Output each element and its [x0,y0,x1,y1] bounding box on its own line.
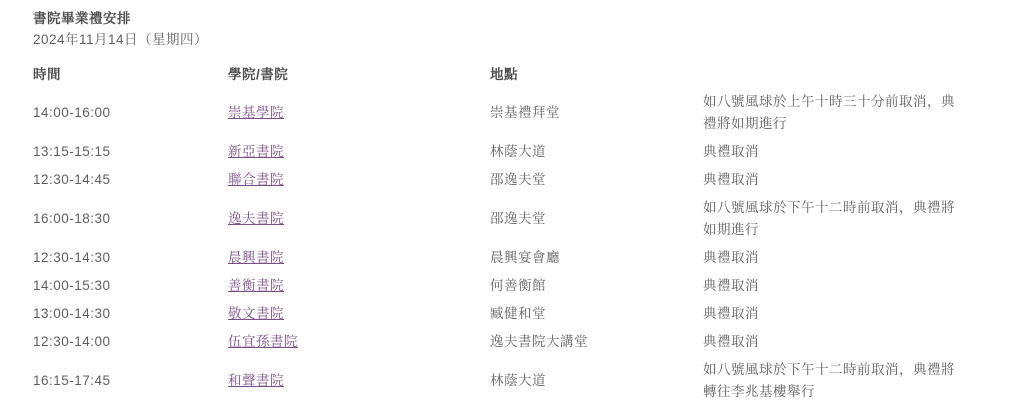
table-row: 13:00-14:30敬文書院臧健和堂典禮取消 [33,300,961,328]
college-cell: 新亞書院 [228,138,490,166]
ceremony-table: 時間 學院/書院 地點 14:00-16:00崇基學院崇基禮拜堂如八號風球於上午… [33,57,961,406]
col-header-venue: 地點 [490,57,703,88]
col-header-time: 時間 [33,57,228,88]
venue-cell: 晨興宴會廳 [490,244,703,272]
table-row: 14:00-16:00崇基學院崇基禮拜堂如八號風球於上午十時三十分前取消，典禮將… [33,88,961,138]
time-cell: 12:30-14:30 [33,244,228,272]
venue-cell: 邵逸夫堂 [490,166,703,194]
remark-cell: 典禮取消 [703,138,961,166]
college-link[interactable]: 伍宜孫書院 [228,334,298,349]
venue-cell: 崇基禮拜堂 [490,88,703,138]
college-cell: 敬文書院 [228,300,490,328]
remark-cell: 典禮取消 [703,272,961,300]
time-cell: 14:00-15:30 [33,272,228,300]
table-body: 14:00-16:00崇基學院崇基禮拜堂如八號風球於上午十時三十分前取消，典禮將… [33,88,961,406]
college-cell: 崇基學院 [228,88,490,138]
remark-cell: 如八號風球於下午十二時前取消，典禮將如期進行 [703,194,961,244]
college-cell: 伍宜孫書院 [228,328,490,356]
college-link[interactable]: 晨興書院 [228,250,284,265]
table-header-row: 時間 學院/書院 地點 [33,57,961,88]
venue-cell: 邵逸夫堂 [490,194,703,244]
page-date: 2024年11月14日（星期四） [33,29,994,51]
college-cell: 逸夫書院 [228,194,490,244]
college-cell: 和聲書院 [228,356,490,406]
remark-cell: 如八號風球於下午十二時前取消，典禮將轉往李兆基樓舉行 [703,356,961,406]
college-link[interactable]: 敬文書院 [228,306,284,321]
remark-cell: 典禮取消 [703,244,961,272]
col-header-remarks [703,57,961,88]
time-cell: 13:15-15:15 [33,138,228,166]
time-cell: 12:30-14:00 [33,328,228,356]
time-cell: 12:30-14:45 [33,166,228,194]
venue-cell: 逸夫書院大講堂 [490,328,703,356]
college-cell: 晨興書院 [228,244,490,272]
col-header-college: 學院/書院 [228,57,490,88]
time-cell: 14:00-16:00 [33,88,228,138]
table-row: 12:30-14:00伍宜孫書院逸夫書院大講堂典禮取消 [33,328,961,356]
table-row: 14:00-15:30善衡書院何善衡館典禮取消 [33,272,961,300]
college-link[interactable]: 聯合書院 [228,172,284,187]
table-row: 13:15-15:15新亞書院林蔭大道典禮取消 [33,138,961,166]
ceremony-schedule-page: 書院畢業禮安排 2024年11月14日（星期四） 時間 學院/書院 地點 14:… [0,0,1024,406]
time-cell: 16:00-18:30 [33,194,228,244]
page-title: 書院畢業禮安排 [33,8,994,29]
table-row: 16:00-18:30逸夫書院邵逸夫堂如八號風球於下午十二時前取消，典禮將如期進… [33,194,961,244]
remark-cell: 如八號風球於上午十時三十分前取消，典禮將如期進行 [703,88,961,138]
table-row: 12:30-14:45聯合書院邵逸夫堂典禮取消 [33,166,961,194]
table-row: 12:30-14:30晨興書院晨興宴會廳典禮取消 [33,244,961,272]
remark-cell: 典禮取消 [703,166,961,194]
table-row: 16:15-17:45和聲書院林蔭大道如八號風球於下午十二時前取消，典禮將轉往李… [33,356,961,406]
time-cell: 16:15-17:45 [33,356,228,406]
college-link[interactable]: 新亞書院 [228,144,284,159]
college-cell: 善衡書院 [228,272,490,300]
college-link[interactable]: 逸夫書院 [228,211,284,226]
venue-cell: 林蔭大道 [490,356,703,406]
college-link[interactable]: 和聲書院 [228,373,284,388]
remark-cell: 典禮取消 [703,328,961,356]
venue-cell: 臧健和堂 [490,300,703,328]
college-link[interactable]: 崇基學院 [228,105,284,120]
venue-cell: 何善衡館 [490,272,703,300]
college-link[interactable]: 善衡書院 [228,278,284,293]
time-cell: 13:00-14:30 [33,300,228,328]
college-cell: 聯合書院 [228,166,490,194]
remark-cell: 典禮取消 [703,300,961,328]
venue-cell: 林蔭大道 [490,138,703,166]
